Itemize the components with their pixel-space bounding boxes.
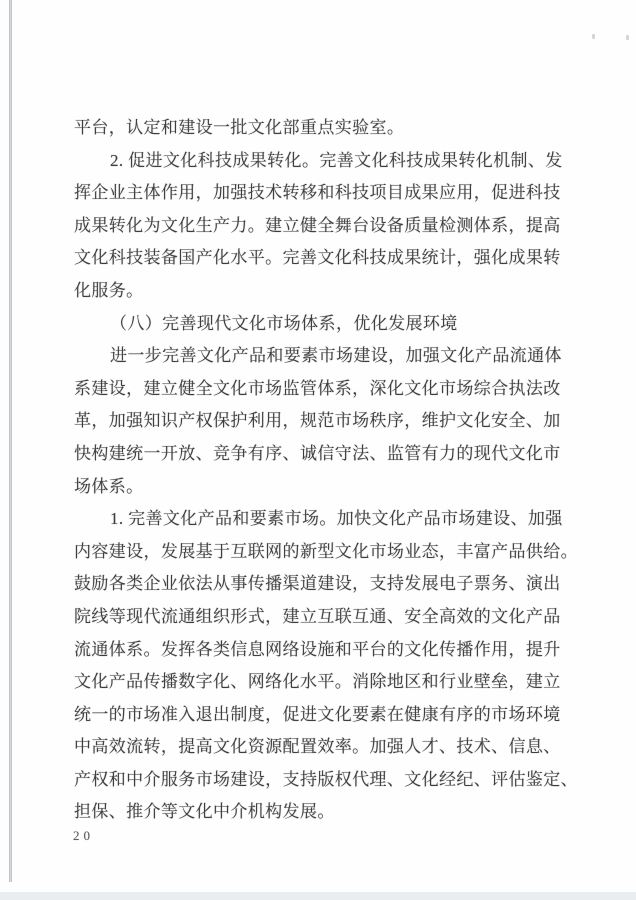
text-line: 化服务。 bbox=[74, 275, 570, 308]
page-number: 20 bbox=[73, 828, 94, 844]
text-line: 流通体系。发挥各类信息网络设施和平台的文化传播作用，提升 bbox=[74, 634, 570, 667]
scan-speck bbox=[626, 35, 629, 40]
text-line: 革，加强知识产权保护利用，规范市场秩序，维护文化安全、加 bbox=[74, 405, 570, 438]
text-line: 文化科技装备国产化水平。完善文化科技成果统计，强化成果转 bbox=[74, 242, 570, 275]
document-body: 平台，认定和建设一批文化部重点实验室。 2. 促进文化科技成果转化。完善文化科技… bbox=[74, 112, 570, 829]
scanned-document-page: 平台，认定和建设一批文化部重点实验室。 2. 促进文化科技成果转化。完善文化科技… bbox=[0, 0, 636, 900]
text-line: 中高效流转，提高文化资源配置效率。加强人才、技术、信息、 bbox=[74, 731, 570, 764]
scanner-edge-line bbox=[9, 0, 12, 882]
text-line: 文化产品传播数字化、网络化水平。消除地区和行业壁垒，建立 bbox=[74, 666, 570, 699]
text-line: 1. 完善文化产品和要素市场。加快文化产品市场建设、加强 bbox=[74, 503, 570, 536]
scan-bottom-band bbox=[0, 892, 636, 900]
text-line: 院线等现代流通组织形式，建立互联互通、安全高效的文化产品 bbox=[74, 601, 570, 634]
text-line: 产权和中介服务市场建设，支持版权代理、文化经纪、评估鉴定、 bbox=[74, 764, 570, 797]
text-line: 进一步完善文化产品和要素市场建设，加强文化产品流通体 bbox=[74, 340, 570, 373]
text-line: 挥企业主体作用，加强技术转移和科技项目成果应用，促进科技 bbox=[74, 177, 570, 210]
text-line: 2. 促进文化科技成果转化。完善文化科技成果转化机制、发 bbox=[74, 145, 570, 178]
text-line: 成果转化为文化生产力。建立健全舞台设备质量检测体系，提高 bbox=[74, 210, 570, 243]
text-line: 快构建统一开放、竞争有序、诚信守法、监管有力的现代文化市 bbox=[74, 438, 570, 471]
text-line: 鼓励各类企业依法从事传播渠道建设，支持发展电子票务、演出 bbox=[74, 568, 570, 601]
section-heading: （八）完善现代文化市场体系，优化发展环境 bbox=[74, 308, 570, 341]
text-line: 统一的市场准入退出制度，促进文化要素在健康有序的市场环境 bbox=[74, 699, 570, 732]
text-line: 内容建设，发展基于互联网的新型文化市场业态，丰富产品供给。 bbox=[74, 536, 570, 569]
scan-speck bbox=[592, 34, 595, 39]
text-line: 担保、推介等文化中介机构发展。 bbox=[74, 796, 570, 829]
text-line: 平台，认定和建设一批文化部重点实验室。 bbox=[74, 112, 570, 145]
text-line: 场体系。 bbox=[74, 471, 570, 504]
text-line: 系建设，建立健全文化市场监管体系，深化文化市场综合执法改 bbox=[74, 373, 570, 406]
